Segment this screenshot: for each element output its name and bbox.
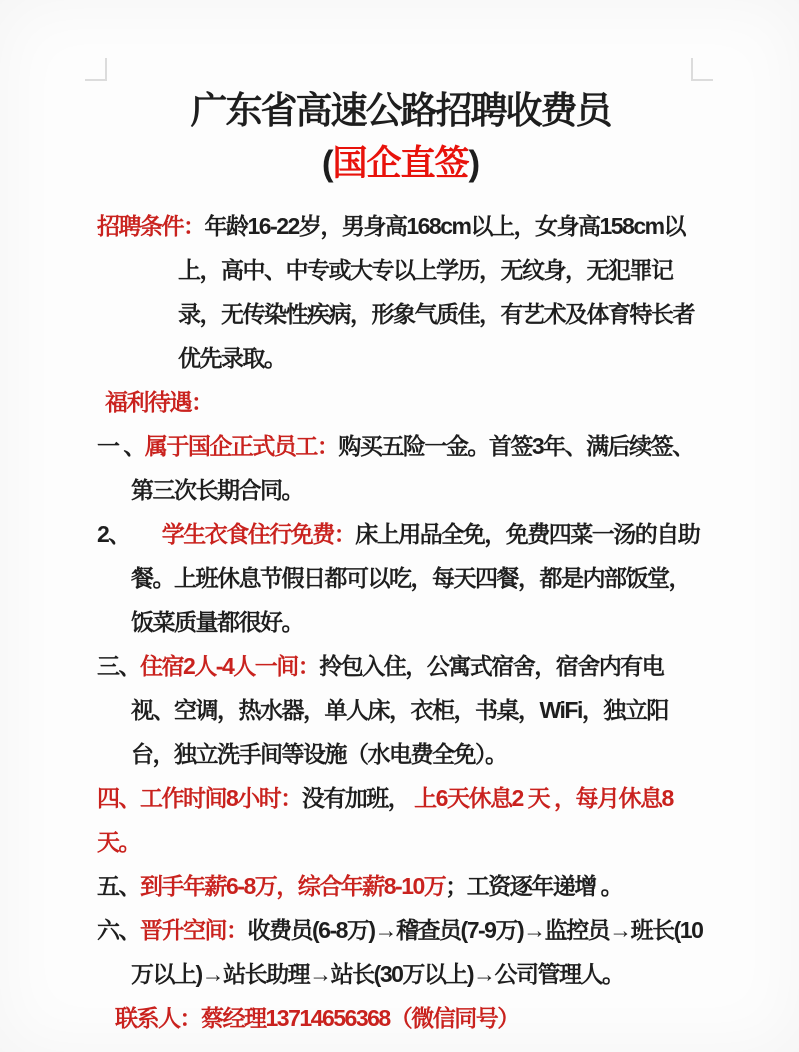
item-3-label: 住宿2人-4人一间： [140,653,319,679]
benefit-item-1: 一 、属于国企正式员工：购买五险一金。首签3年、满后续签、第三次长期合同。 [97,424,704,512]
document-content: 广东省高速公路招聘收费员 (国企直签) 招聘条件：年龄16-22岁，男身高168… [97,86,704,1040]
benefit-item-3: 三、住宿2人-4人一间：拎包入住，公寓式宿舍，宿舍内有电视、空调，热水器，单人床… [97,644,704,776]
margin-corner-top-right-icon [691,58,713,81]
benefits-heading-label: 福利待遇： [105,389,213,415]
subtitle-text: 国企直签 [332,144,468,183]
benefit-item-5: 五、到手年薪6-8万，综合年薪8-10万；工资逐年递增 。 [97,864,704,908]
benefit-item-2: 2、学生衣食住行免费：床上用品全免，免费四菜一汤的自助餐。上班休息节假日都可以吃… [97,512,704,644]
recruit-conditions-label: 招聘条件： [97,213,205,239]
benefit-item-6: 六、晋升空间：收费员(6-8万)→稽查员(7-9万)→监控员→班长(10万以上)… [97,908,704,996]
document-page: 广东省高速公路招聘收费员 (国企直签) 招聘条件：年龄16-22岁，男身高168… [0,0,799,1052]
recruit-conditions-text: 年龄16-22岁，男身高168cm以上，女身高158cm以上，高中、中专或大专以… [178,213,694,371]
item-2-prefix: 2、 [97,521,130,547]
benefits-heading: 福利待遇： [97,380,704,424]
item-1-prefix: 一 、 [97,433,145,459]
subtitle-close-paren: ) [469,144,480,183]
item-4-text-black: 没有加班， [302,785,410,811]
contact-line: 联系人：蔡经理13714656368（微信同号） [97,996,704,1040]
item-3-prefix: 三、 [97,653,140,679]
item-5-label: 到手年薪6-8万，综合年薪8-10万 [140,873,445,899]
item-2-label: 学生衣食住行免费： [162,521,356,547]
item-4-label: 四、工作时间8小时： [97,785,302,811]
subtitle-open-paren: ( [322,144,333,183]
item-5-prefix: 五、 [97,873,140,899]
item-1-label: 属于国企正式员工： [145,433,339,459]
page-subtitle: (国企直签) [97,140,704,188]
recruit-conditions-paragraph: 招聘条件：年龄16-22岁，男身高168cm以上，女身高158cm以上，高中、中… [97,204,704,380]
item-5-text: ；工资逐年递增 。 [445,873,622,899]
benefit-item-4: 四、工作时间8小时：没有加班， 上6天休息2 天 ，每月休息8天。 [97,776,704,864]
item-6-label: 晋升空间： [140,917,248,943]
page-title: 广东省高速公路招聘收费员 [97,86,704,136]
margin-corner-top-left-icon [85,58,107,81]
item-6-prefix: 六、 [97,917,140,943]
contact-text: 联系人：蔡经理13714656368（微信同号） [115,1005,519,1031]
